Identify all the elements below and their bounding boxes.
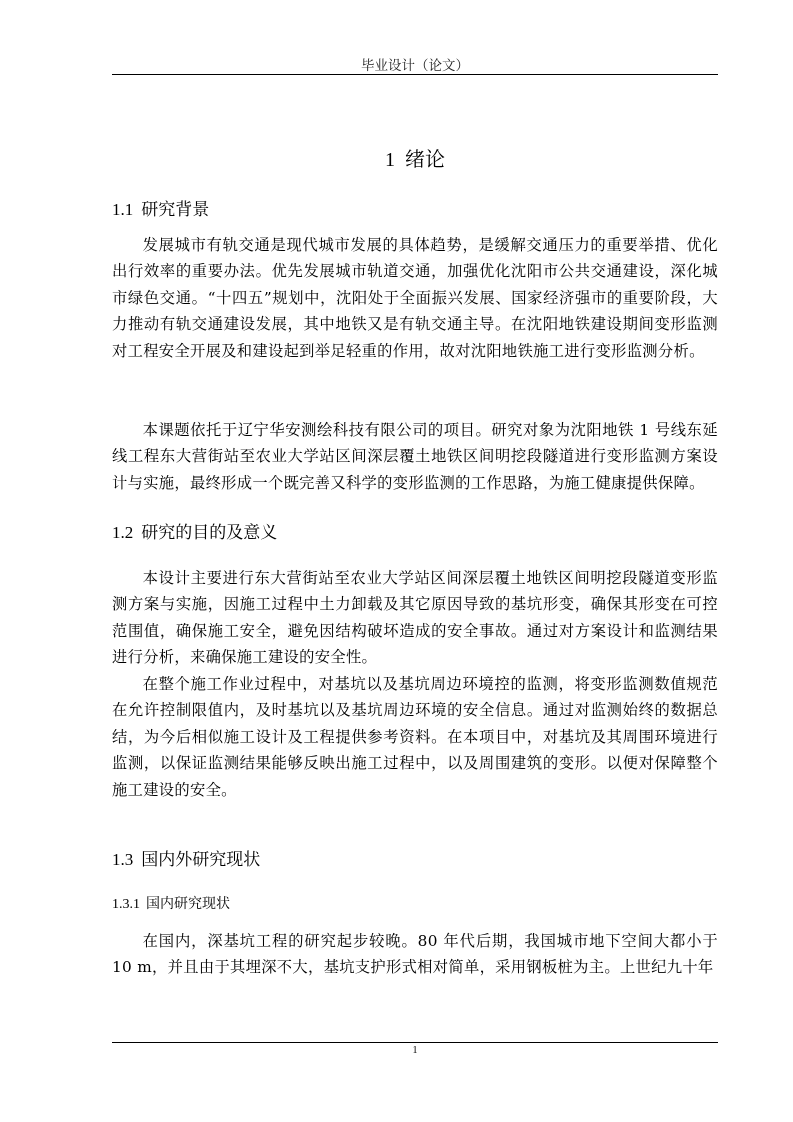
header-rule bbox=[112, 74, 718, 75]
section-number: 1.2 bbox=[112, 523, 133, 542]
subsection-heading-1-3-1: 1.3.1国内研究现状 bbox=[112, 893, 230, 913]
chapter-title: 1绪论 bbox=[112, 143, 718, 172]
paragraph: 在国内，深基坑工程的研究起步较晚。80 年代后期，我国城市地下空间大都小于 10… bbox=[112, 928, 718, 981]
section-heading-1-2: 1.2研究的目的及意义 bbox=[112, 518, 277, 543]
section-heading-1-3: 1.3国内外研究现状 bbox=[112, 845, 260, 870]
paragraph: 本设计主要进行东大营街站至农业大学站区间深层覆土地铁区间明挖段隧道变形监测方案与… bbox=[112, 565, 718, 671]
section-title: 研究背景 bbox=[141, 200, 209, 220]
chapter-number: 1 bbox=[385, 149, 395, 171]
paragraph: 发展城市有轨交通是现代城市发展的具体趋势，是缓解交通压力的重要举措、优化出行效率… bbox=[112, 232, 718, 364]
subsection-title: 国内研究现状 bbox=[146, 896, 230, 912]
page-number: 1 bbox=[112, 1045, 718, 1056]
paragraph: 本课题依托于辽宁华安测绘科技有限公司的项目。研究对象为沈阳地铁 1 号线东延线工… bbox=[112, 417, 718, 496]
subsection-number: 1.3.1 bbox=[112, 897, 140, 912]
section-number: 1.3 bbox=[112, 850, 133, 869]
footer-rule bbox=[112, 1042, 718, 1043]
section-number: 1.1 bbox=[112, 200, 133, 219]
paragraph: 在整个施工作业过程中，对基坑以及基坑周边环境控的监测，将变形监测数值规范在允许控… bbox=[112, 671, 718, 803]
section-title: 国内外研究现状 bbox=[141, 850, 260, 870]
page-header: 毕业设计（论文） bbox=[112, 54, 718, 74]
section-title: 研究的目的及意义 bbox=[141, 523, 277, 543]
section-heading-1-1: 1.1研究背景 bbox=[112, 195, 209, 220]
chapter-name: 绪论 bbox=[405, 147, 445, 171]
